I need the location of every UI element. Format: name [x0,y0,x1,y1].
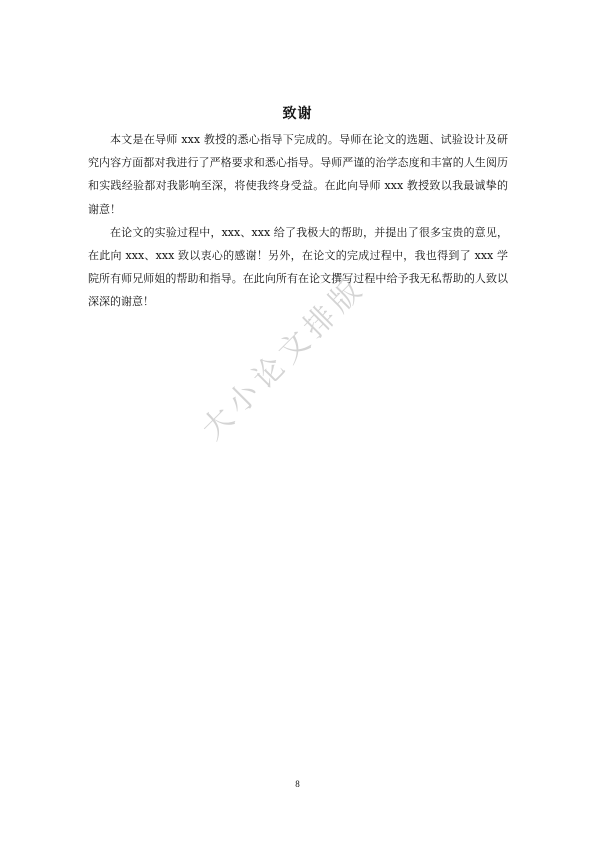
acknowledgement-body: 本文是在导师 xxx 教授的悉心指导下完成的。导师在论文的选题、试验设计及研究内… [88,128,508,314]
page-number: 8 [0,779,595,789]
paragraph: 本文是在导师 xxx 教授的悉心指导下完成的。导师在论文的选题、试验设计及研究内… [88,128,508,221]
page-title: 致谢 [0,103,595,123]
paragraph: 在论文的实验过程中，xxx、xxx 给了我极大的帮助，并提出了很多宝贵的意见，在… [88,221,508,314]
